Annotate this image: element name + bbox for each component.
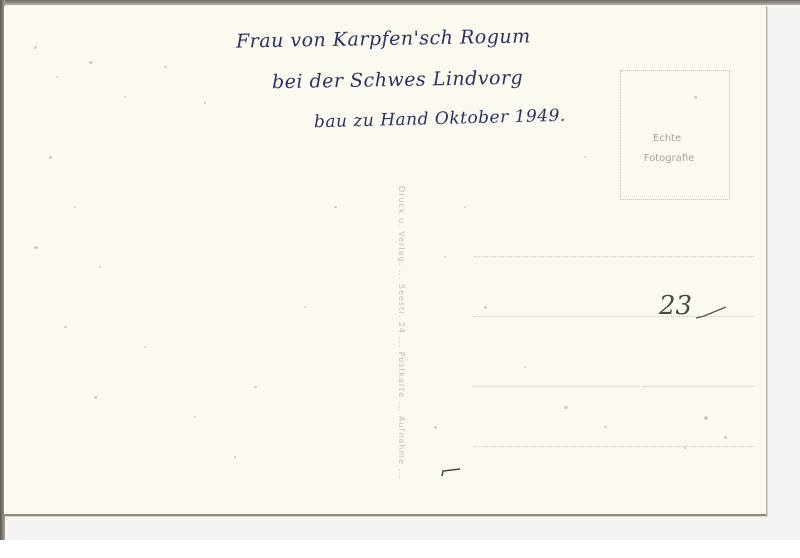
stamp-text-fotografie: Fotografie bbox=[615, 153, 723, 164]
handwritten-line-3: bau zu Hand Oktober 1949. bbox=[314, 106, 566, 133]
address-line bbox=[474, 446, 754, 447]
scan-bottom-band bbox=[0, 540, 800, 558]
address-line bbox=[474, 386, 754, 387]
vertical-publisher-text: Druck u. Verlag: ... Seestr. 24 ... Post… bbox=[397, 186, 406, 486]
address-line bbox=[474, 256, 754, 257]
stamp-text-echte: Echte bbox=[613, 133, 721, 144]
pencil-checkmark-icon bbox=[694, 306, 728, 320]
postcard-back: Frau von Karpfen'sch Rogum bei der Schwe… bbox=[4, 6, 767, 516]
handwritten-line-2: bei der Schwes Lindvorg bbox=[272, 67, 524, 93]
pencil-number-annotation: 23 bbox=[659, 291, 692, 321]
stamp-box: Echte Fotografie bbox=[620, 70, 730, 200]
pencil-stroke-mark bbox=[440, 468, 462, 478]
handwritten-line-1: Frau von Karpfen'sch Rogum bbox=[236, 25, 531, 52]
scan-top-edge bbox=[0, 0, 800, 5]
